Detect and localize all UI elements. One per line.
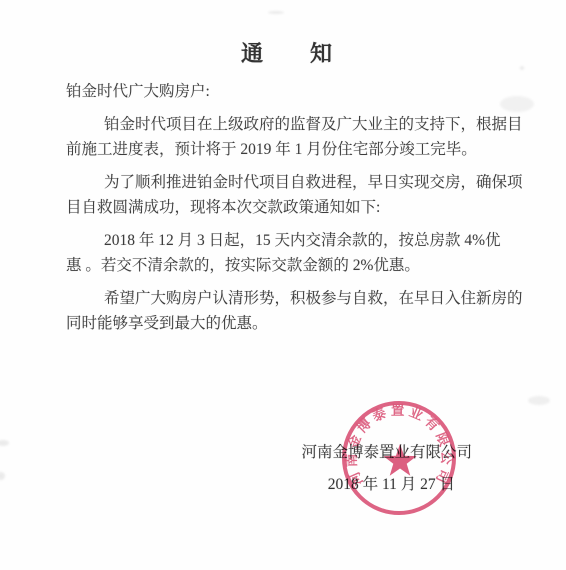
scan-artifact <box>268 11 284 14</box>
scan-artifact <box>528 396 550 405</box>
signature-company-name: 河南金博泰置业有限公司 <box>301 442 472 464</box>
notice-greeting: 铂金时代广大购房户: <box>66 79 508 105</box>
paragraph-line: 2018 年 12 月 3 日起，15 天内交清余款的，按总房款 4%优 <box>66 228 508 254</box>
notice-title: 通 知 <box>66 40 508 68</box>
scan-artifact <box>500 96 534 112</box>
scan-artifact <box>0 472 5 480</box>
paragraph-line: 目自救圆满成功，现将本次交款政策通知如下: <box>66 195 508 221</box>
scan-artifact <box>0 440 9 446</box>
paragraph-payment-policy: 2018 年 12 月 3 日起，15 天内交清余款的，按总房款 4%优 惠 。… <box>66 228 508 279</box>
paragraph-line: 希望广大购房户认清形势，积极参与自救，在早日入住新房的 <box>66 286 508 312</box>
paragraph-closing-appeal: 希望广大购房户认清形势，积极参与自救，在早日入住新房的 同时能够享受到最大的优惠… <box>66 286 508 337</box>
scan-artifact <box>520 66 524 70</box>
paragraph-line: 同时能够享受到最大的优惠。 <box>66 311 508 337</box>
notice-body: 通 知 铂金时代广大购房户: 铂金时代项目在上级政府的监督及广大业主的支持下，根… <box>66 40 508 337</box>
paragraph-line: 为了顺利推进铂金时代项目自救进程，早日实现交房，确保项 <box>66 170 508 196</box>
signature-date: 2018 年 11 月 27 日 <box>328 474 455 496</box>
paragraph-line: 铂金时代项目在上级政府的监督及广大业主的支持下，根据目 <box>66 112 508 138</box>
paragraph-self-rescue: 为了顺利推进铂金时代项目自救进程，早日实现交房，确保项 目自救圆满成功，现将本次… <box>66 170 508 221</box>
paragraph-construction-progress: 铂金时代项目在上级政府的监督及广大业主的支持下，根据目 前施工进度表，预计将于 … <box>66 112 508 163</box>
scanned-notice-page: 通 知 铂金时代广大购房户: 铂金时代项目在上级政府的监督及广大业主的支持下，根… <box>0 0 566 570</box>
paragraph-line: 前施工进度表，预计将于 2019 年 1 月份住宅部分竣工完毕。 <box>66 137 508 163</box>
paragraph-line: 惠 。若交不清余款的，按实际交款金额的 2%优惠。 <box>66 253 508 279</box>
